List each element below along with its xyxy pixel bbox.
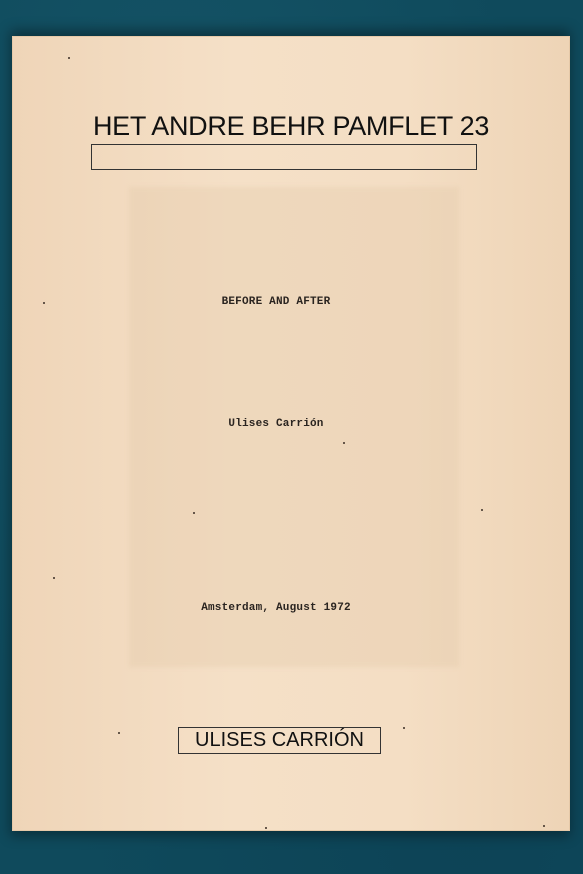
- series-title: HET ANDRE BEHR PAMFLET 23: [13, 111, 569, 142]
- speck: [265, 827, 267, 829]
- speck: [343, 442, 345, 444]
- speck: [53, 577, 55, 579]
- title-empty-box: [91, 144, 477, 170]
- speck: [403, 727, 405, 729]
- speck: [543, 825, 545, 827]
- author-label: ULISES CARRIÓN: [178, 727, 381, 754]
- speck: [118, 732, 120, 734]
- work-title: BEFORE AND AFTER: [0, 296, 569, 308]
- speck: [68, 57, 70, 59]
- pamphlet-cover: HET ANDRE BEHR PAMFLET 23 BEFORE AND AFT…: [13, 37, 569, 830]
- author-typed: Ulises Carrión: [0, 418, 569, 430]
- speck: [193, 512, 195, 514]
- place-date: Amsterdam, August 1972: [0, 602, 569, 614]
- speck: [43, 302, 45, 304]
- speck: [481, 509, 483, 511]
